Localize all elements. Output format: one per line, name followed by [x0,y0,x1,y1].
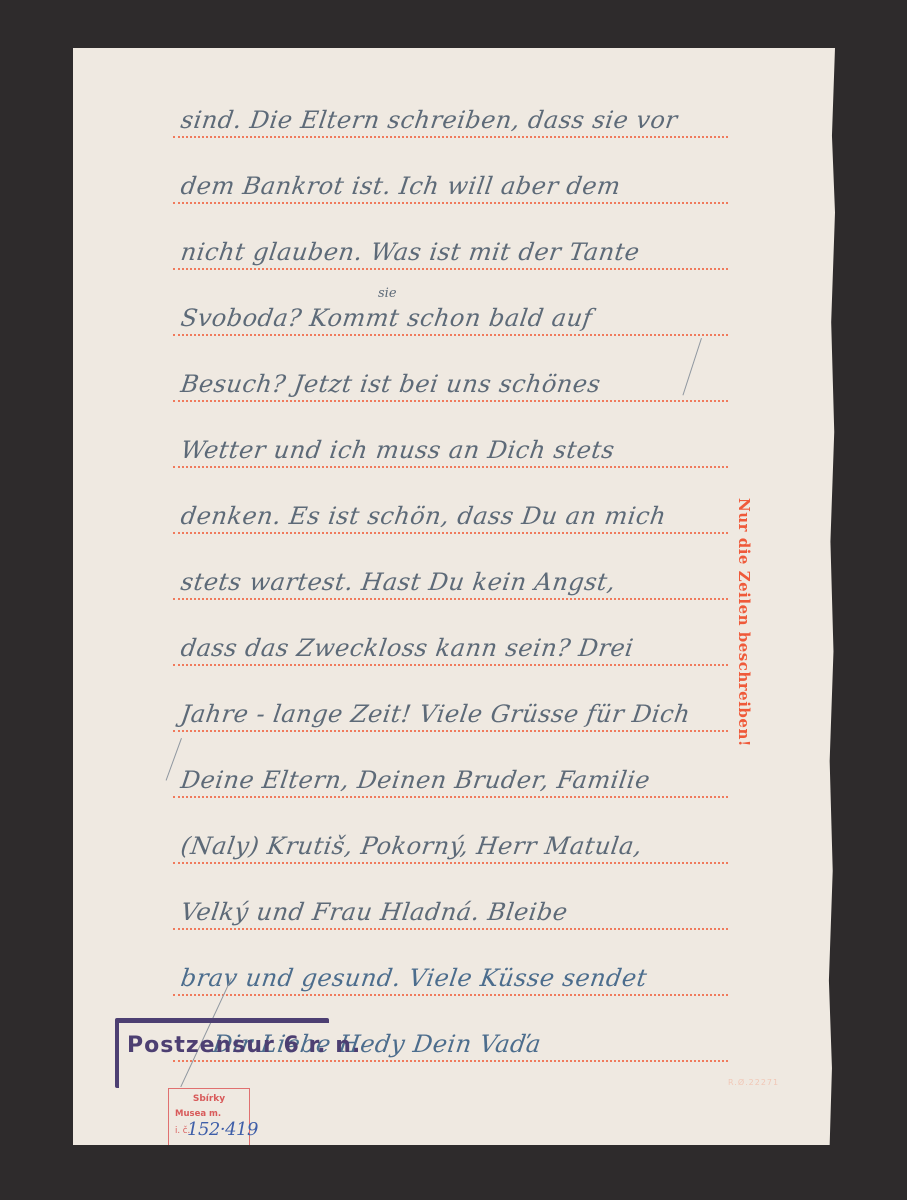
censor-stamp: Postzensur 6 r. n. [115,1018,329,1088]
ruled-line [173,334,728,336]
print-code: R.Ø.22271 [728,1078,779,1087]
ruled-line [173,532,728,534]
letter-line-1: sind. Die Eltern schreiben, dass sie vor [179,106,743,134]
letter-line-7: denken. Es ist schön, dass Du an mich [179,502,743,530]
ruled-line [173,400,728,402]
inventory-number: 152·419 [187,1119,258,1140]
ruled-line [173,928,728,930]
letter-line-12: (Naly) Krutiš, Pokorný, Herr Matula, [179,832,743,860]
letter-insertion: sie [378,286,397,301]
ruled-line [173,268,728,270]
ruled-line [173,862,728,864]
letter-line-8: stets wartest. Hast Du kein Angst, [179,568,743,596]
letter-line-14: brav und gesund. Viele Küsse sendet [179,964,743,992]
pen-stroke [166,738,182,781]
museum-stamp-line1: Sbírky [169,1094,249,1104]
ruled-line [173,796,728,798]
ruled-line [173,136,728,138]
museum-stamp-line2: Musea m. [175,1109,221,1119]
ruled-line [173,994,728,996]
letter-line-9: dass das Zweckloss kann sein? Drei [179,634,743,662]
letter-line-4: Svoboda? Kommt schon bald auf [179,304,743,332]
ruled-line [173,664,728,666]
ruled-line [173,730,728,732]
ruled-line [173,598,728,600]
letter-line-2: dem Bankrot ist. Ich will aber dem [179,172,743,200]
side-instruction-note: Nur die Zeilen beschreiben! [731,498,753,728]
letter-line-5: Besuch? Jetzt ist bei uns schönes [179,370,743,398]
ruled-line [173,466,728,468]
censor-stamp-text: Postzensur 6 r. n. [127,1033,361,1058]
letter-line-13: Velký und Frau Hladná. Bleibe [179,898,743,926]
letter-paper: sind. Die Eltern schreiben, dass sie vor… [73,48,835,1145]
letter-line-6: Wetter und ich muss an Dich stets [179,436,743,464]
letter-line-10: Jahre - lange Zeit! Viele Grüsse für Dic… [179,700,743,728]
ruled-line [173,202,728,204]
letter-line-3: nicht glauben. Was ist mit der Tante [179,238,743,266]
letter-line-11: Deine Eltern, Deinen Bruder, Familie [179,766,743,794]
museum-inventory-stamp: Sbírky Musea m. i. č. 152·419 [168,1088,250,1148]
